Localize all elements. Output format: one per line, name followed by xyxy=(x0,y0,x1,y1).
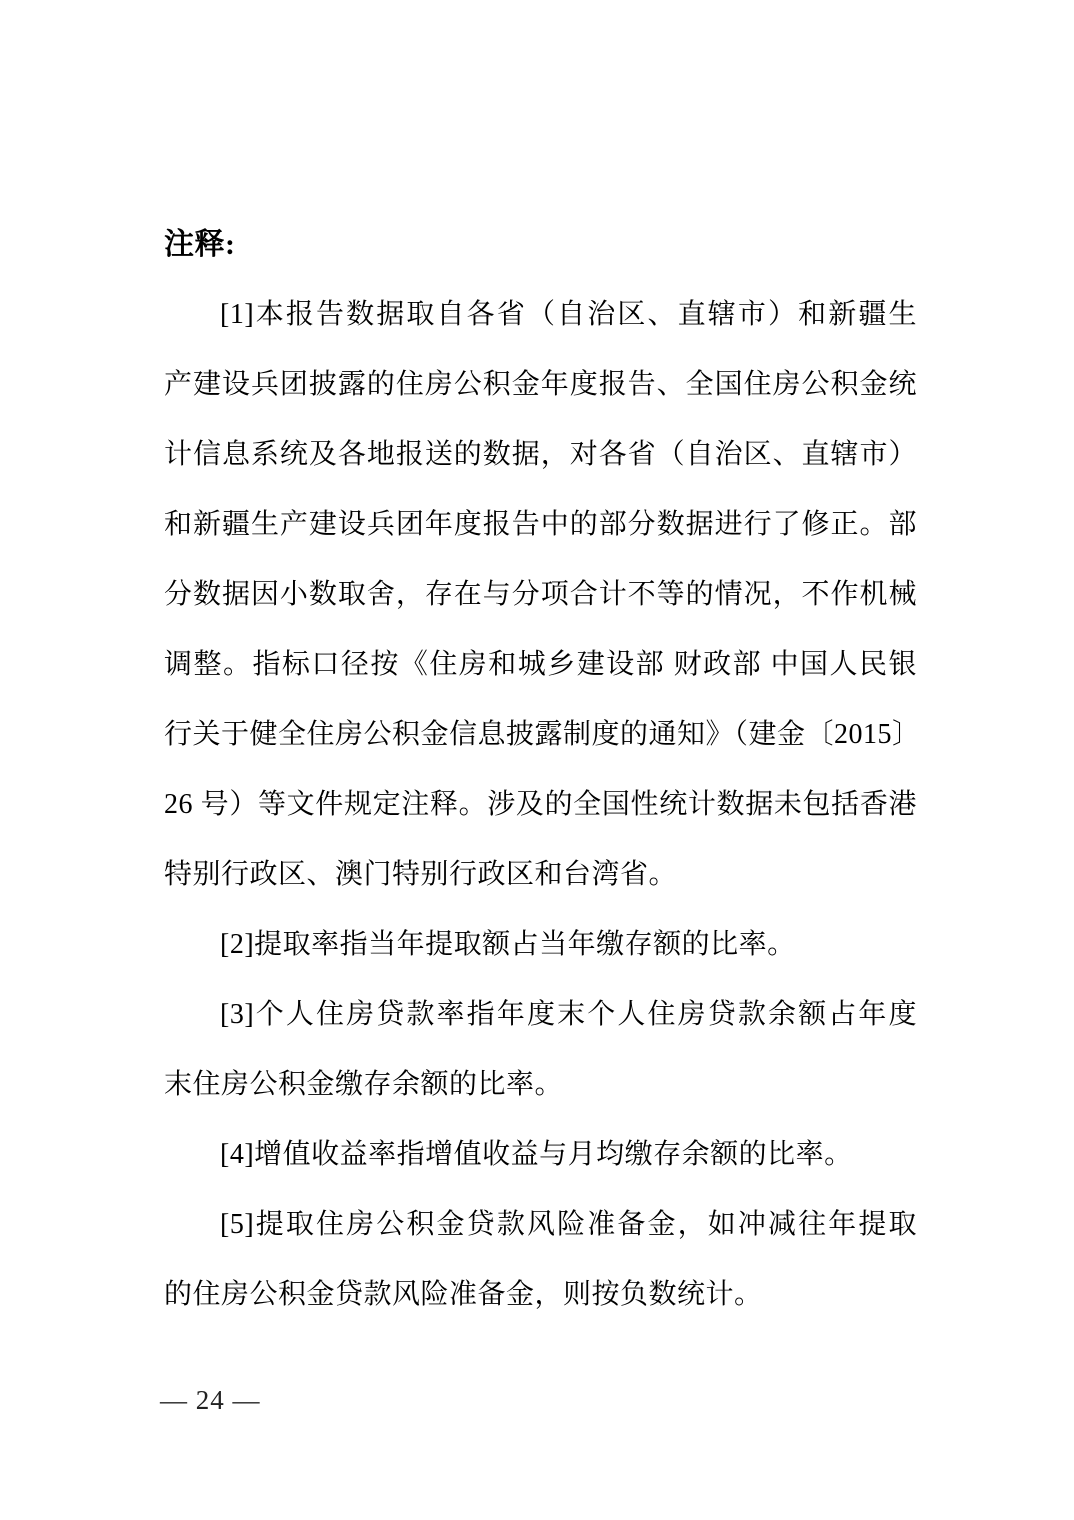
note-1-line: 调整。指标口径按《住房和城乡建设部 财政部 中国人民银 xyxy=(164,630,917,700)
note-1-line: 产建设兵团披露的住房公积金年度报告、全国住房公积金统 xyxy=(164,350,917,420)
page-number: — 24 — xyxy=(160,1378,261,1422)
note-4-line: [4]增值收益率指增值收益与月均缴存余额的比率。 xyxy=(164,1120,917,1190)
note-1-line: 26 号）等文件规定注释。涉及的全国性统计数据未包括香港 xyxy=(164,770,917,840)
note-1-line: [1]本报告数据取自各省（自治区、直辖市）和新疆生 xyxy=(164,280,917,350)
note-5-line: 的住房公积金贷款风险准备金，则按负数统计。 xyxy=(164,1260,917,1330)
document-page: 注释: [1]本报告数据取自各省（自治区、直辖市）和新疆生 产建设兵团披露的住房… xyxy=(0,0,1074,1520)
note-3-line: [3]个人住房贷款率指年度末个人住房贷款余额占年度 xyxy=(164,980,917,1050)
notes-section: 注释: [1]本报告数据取自各省（自治区、直辖市）和新疆生 产建设兵团披露的住房… xyxy=(164,210,917,1330)
notes-heading: 注释: xyxy=(164,210,917,280)
note-1-line: 和新疆生产建设兵团年度报告中的部分数据进行了修正。部 xyxy=(164,490,917,560)
note-5-line: [5]提取住房公积金贷款风险准备金，如冲减往年提取 xyxy=(164,1190,917,1260)
note-3-line: 末住房公积金缴存余额的比率。 xyxy=(164,1050,917,1120)
note-1-line: 分数据因小数取舍，存在与分项合计不等的情况，不作机械 xyxy=(164,560,917,630)
note-1-line: 行关于健全住房公积金信息披露制度的通知》（建金〔2015〕 xyxy=(164,700,917,770)
note-1-line: 特别行政区、澳门特别行政区和台湾省。 xyxy=(164,840,917,910)
note-2-line: [2]提取率指当年提取额占当年缴存额的比率。 xyxy=(164,910,917,980)
note-1-line: 计信息系统及各地报送的数据，对各省（自治区、直辖市） xyxy=(164,420,917,490)
